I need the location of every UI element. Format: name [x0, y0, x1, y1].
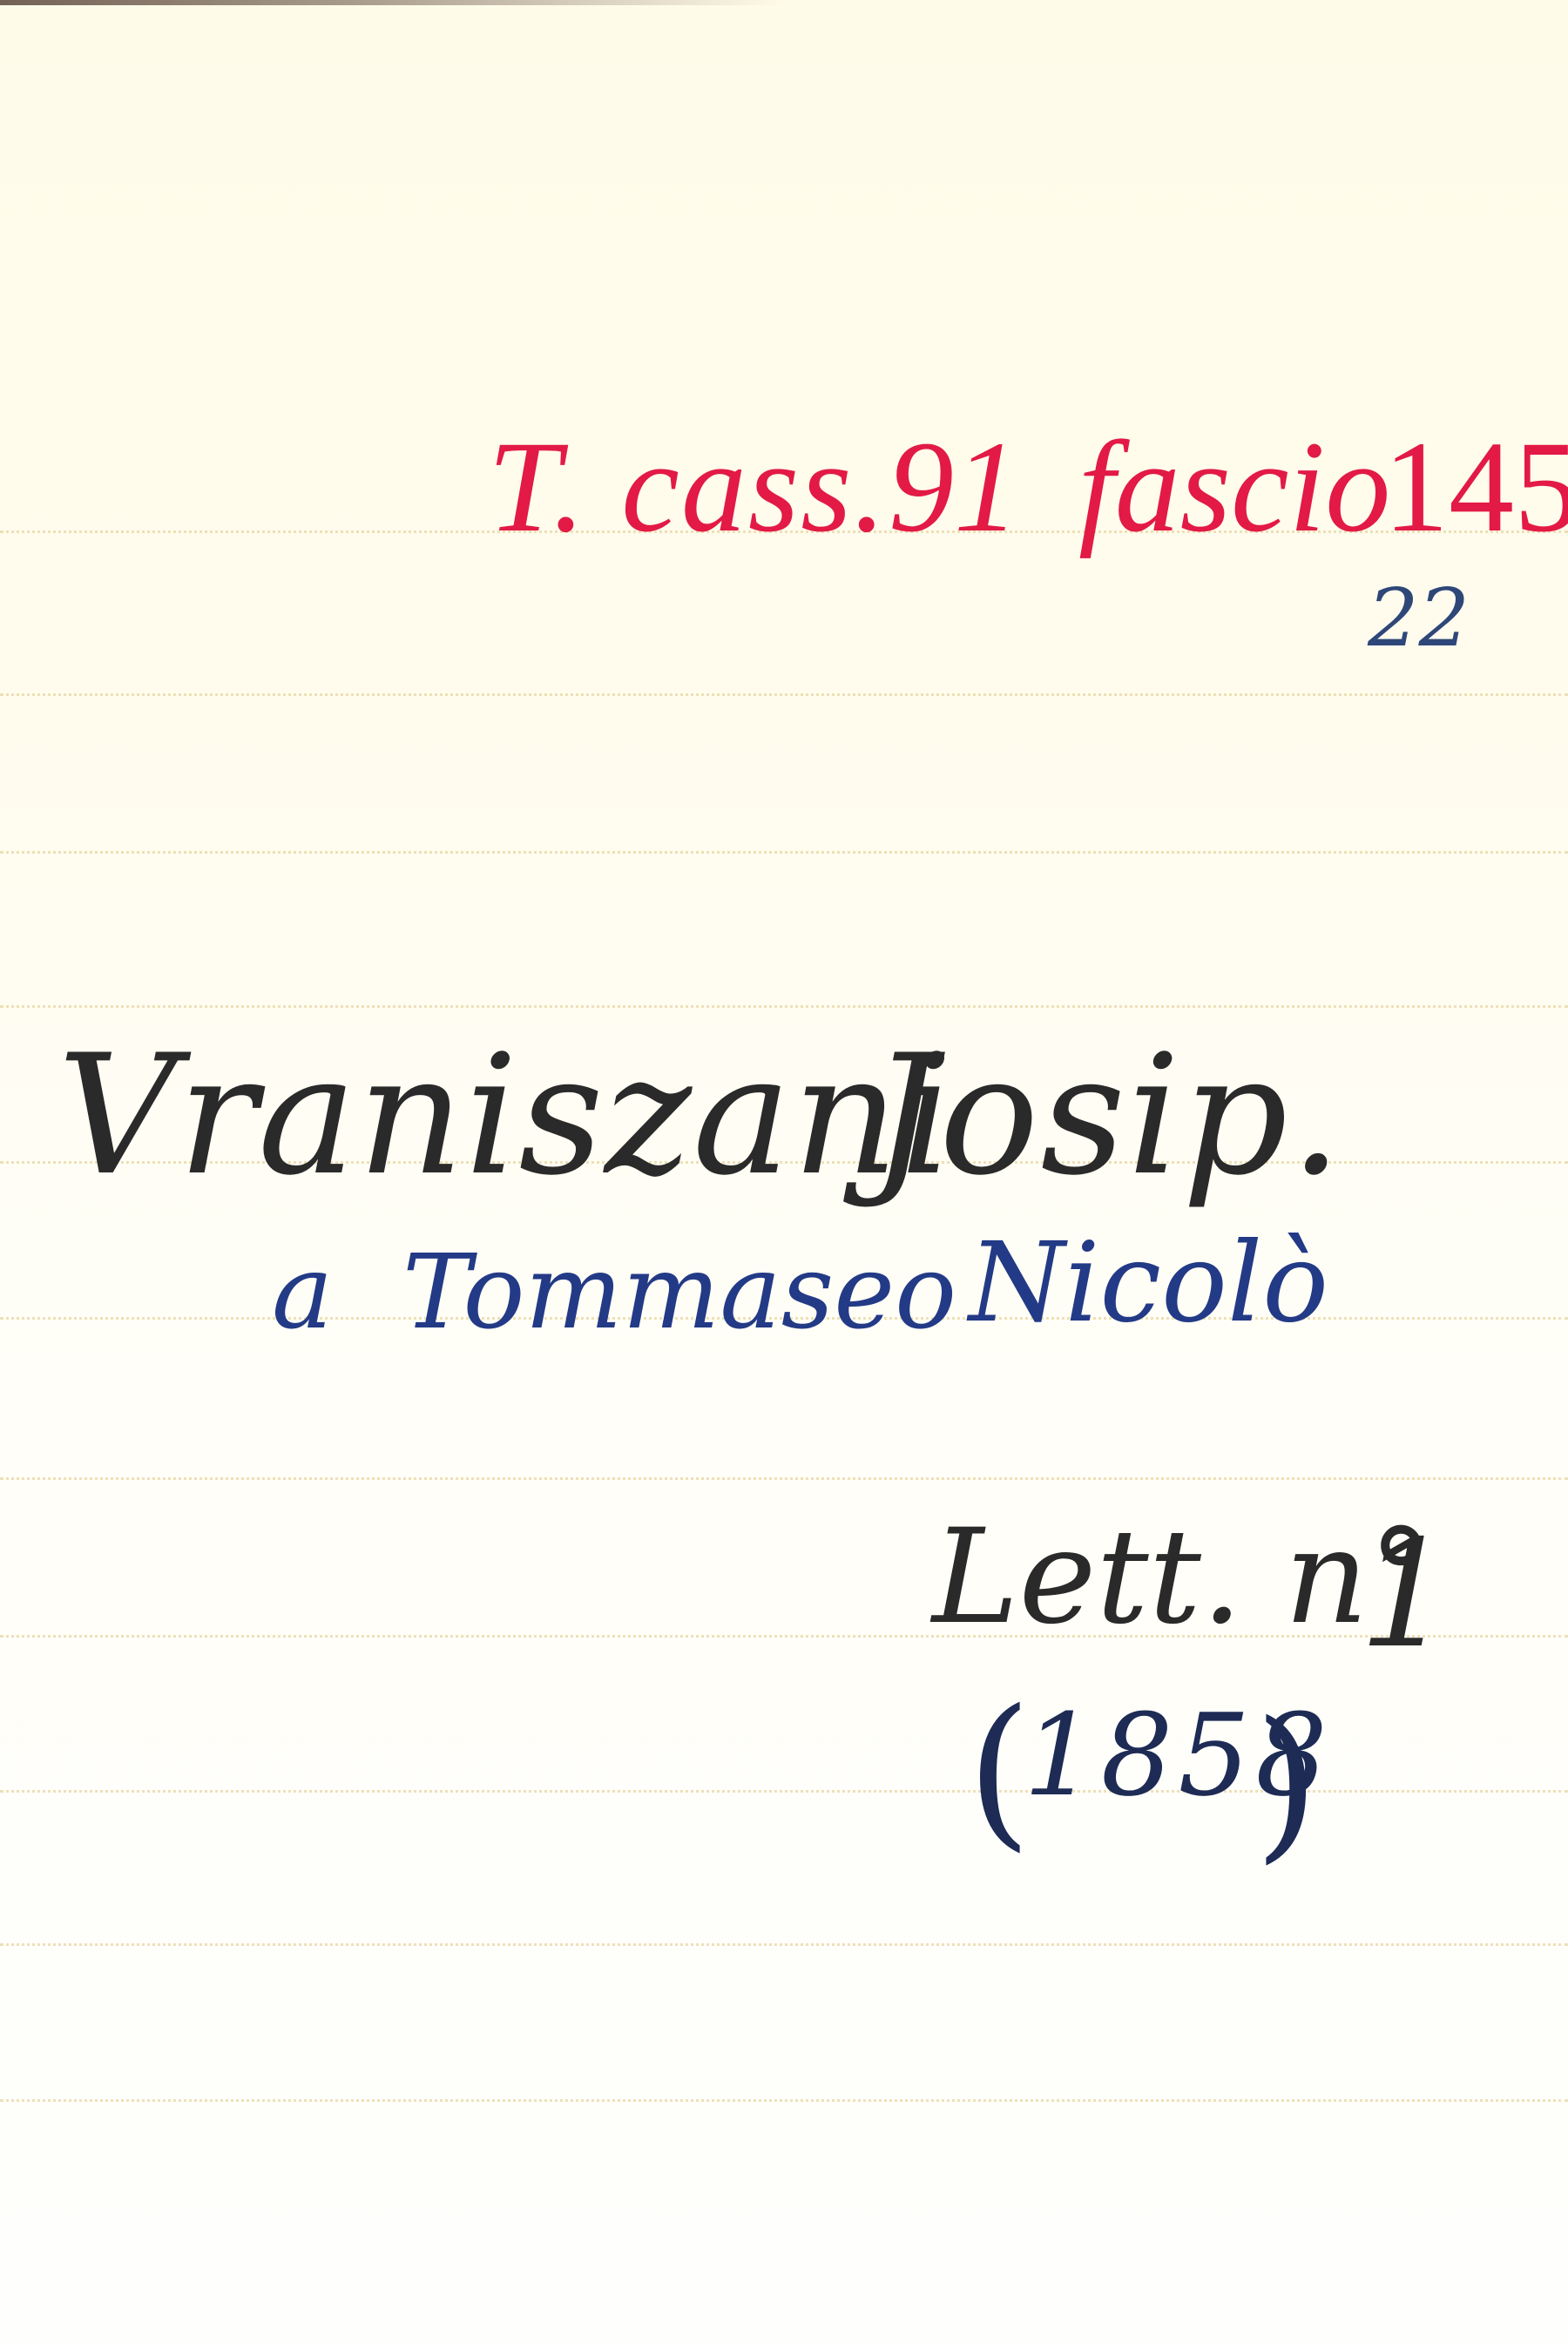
year-open-paren: ( — [967, 1688, 1031, 1854]
archive-box-number: 91 — [889, 422, 1019, 552]
ruled-line — [0, 1790, 1568, 1793]
item-number: 22 — [1368, 578, 1470, 659]
ruled-line — [0, 693, 1568, 696]
ruled-line — [0, 1005, 1568, 1008]
ruled-line — [0, 1943, 1568, 1946]
correspondent-surname: Vraniszani — [57, 1033, 953, 1199]
archive-folder-number: 145. — [1383, 422, 1568, 552]
archive-prefix: T. cass. — [488, 422, 888, 552]
ruled-line — [0, 851, 1568, 854]
letters-count-value: 1 — [1359, 1521, 1453, 1669]
ruled-line — [0, 1477, 1568, 1480]
index-card: T. cass. 91 fascio 145. 22 Vraniszani Jo… — [0, 0, 1568, 2344]
card-top-edge-shadow — [0, 0, 784, 5]
recipient-surname: Tommaseo — [402, 1240, 956, 1343]
correspondent-given-name: Josip. — [871, 1033, 1344, 1199]
year-close-paren: ) — [1254, 1700, 1319, 1866]
recipient-preposition: a — [272, 1240, 333, 1343]
ruled-line — [0, 2099, 1568, 2102]
recipient-given-name: Nicolò — [969, 1228, 1328, 1338]
archive-folder-word: fascio — [1078, 422, 1390, 552]
